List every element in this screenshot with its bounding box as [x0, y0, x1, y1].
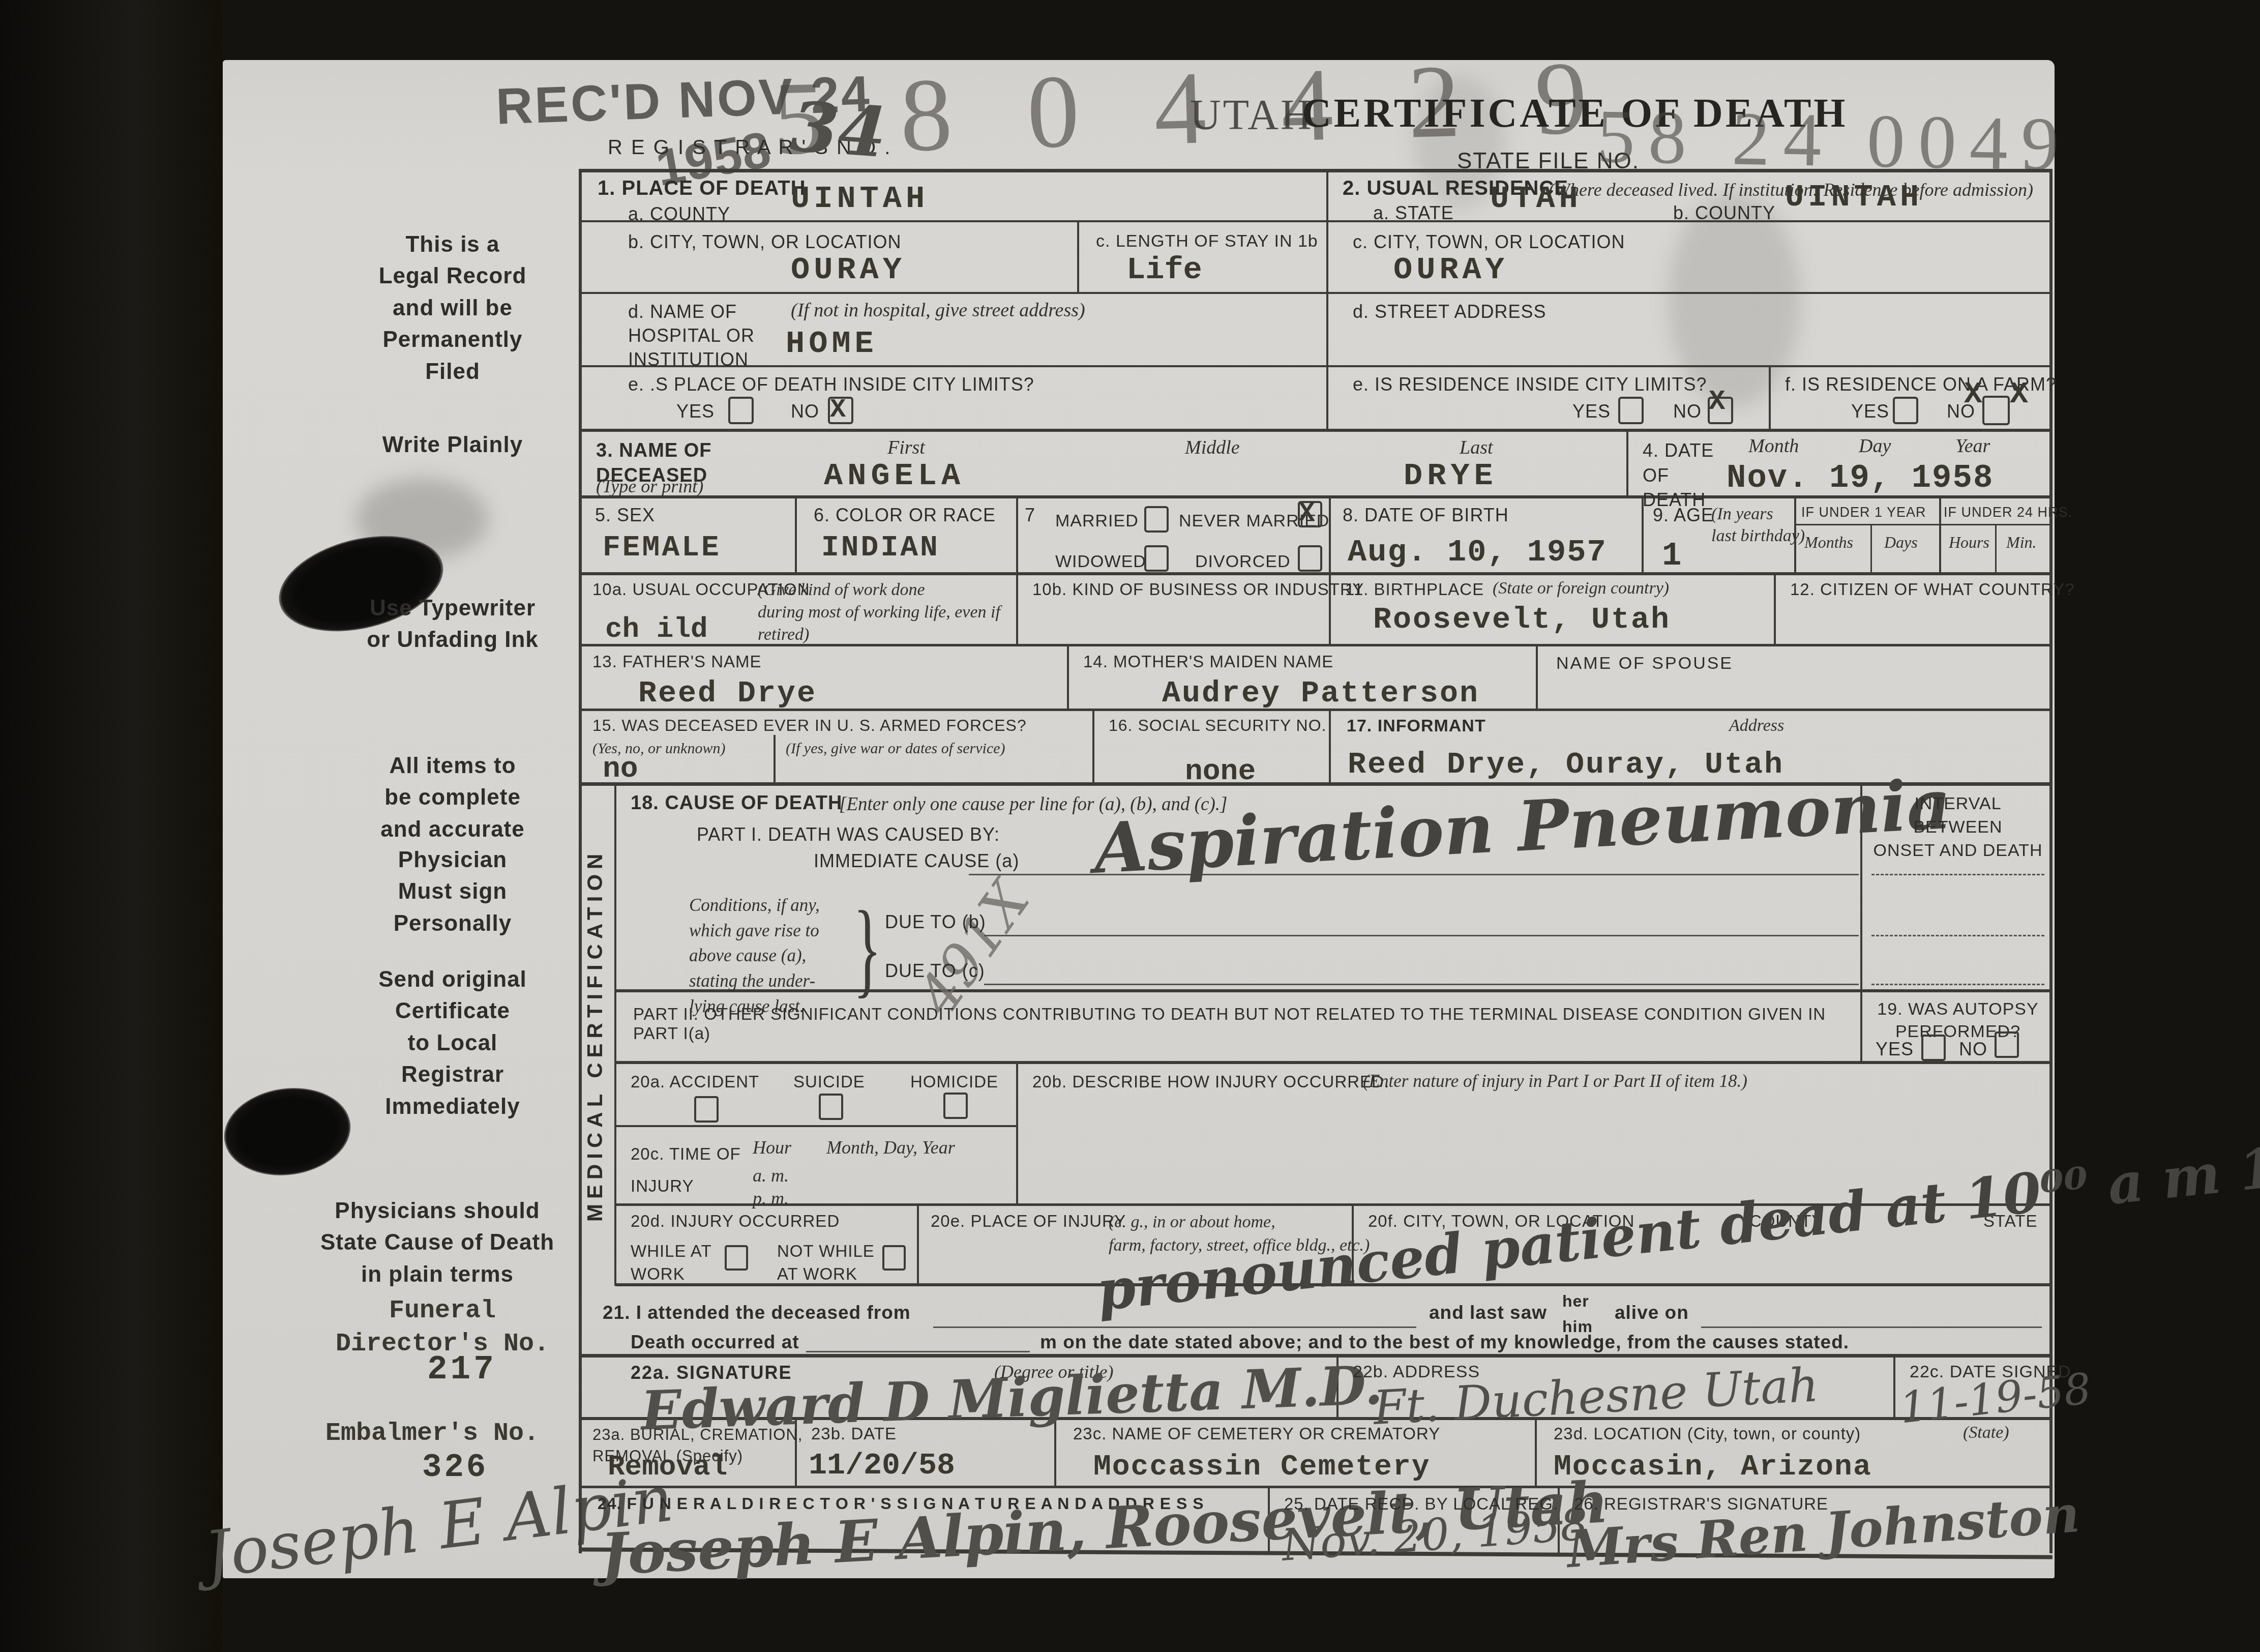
field-16-label: 16. SOCIAL SECURITY NO. — [1109, 716, 1326, 735]
field-1b-label: b. CITY, TOWN, OR LOCATION — [628, 231, 901, 253]
field-2f-no-checkmark-right: X — [2010, 377, 2028, 412]
margin-note-send-original: Send original Certificate to Local Regis… — [336, 964, 570, 1123]
field-20b-note: (Enter nature of injury in Part I or Par… — [1363, 1071, 1747, 1091]
field-20c-pm-label: p. m. — [753, 1188, 789, 1209]
interval-blank-c — [1871, 984, 2044, 985]
field-1d-note: (If not in hospital, give street address… — [791, 299, 1085, 321]
field-20d-label: 20d. INJURY OCCURRED — [631, 1212, 840, 1231]
blank-line-cause-b — [984, 935, 1859, 936]
field-20a-label: 20a. ACCIDENT — [631, 1072, 759, 1091]
field-9-under24-header: IF UNDER 24 HRS. — [1944, 505, 2072, 520]
grid-line — [580, 429, 2053, 432]
field-5-label: 5. SEX — [595, 505, 655, 526]
field-21-line1b: and last saw — [1429, 1302, 1547, 1323]
field-10a-note: (Give kind of work done during most of w… — [758, 579, 1043, 646]
field-15-value: no — [603, 753, 638, 786]
field-4-year-header: Year — [1955, 435, 1990, 457]
field-1c-label: c. LENGTH OF STAY IN 1b — [1096, 231, 1318, 251]
field-17-address-header: Address — [1729, 716, 1784, 735]
grid-line — [1626, 429, 1628, 497]
grid-line — [1016, 495, 1018, 574]
field-7-never-married-checkmark: X — [1299, 498, 1315, 528]
grid-line — [1995, 524, 1997, 574]
grid-line — [1774, 572, 1776, 646]
field-21-line1a: 21. I attended the deceased from — [603, 1302, 911, 1323]
field-9-min-header: Min. — [2006, 533, 2037, 552]
field-18-due-c-label: DUE TO (c) — [885, 960, 985, 982]
field-2e-no-label: NO — [1673, 401, 1702, 422]
grid-line — [1326, 169, 1328, 431]
field-2e-yes-label: YES — [1572, 401, 1611, 422]
field-2f-no-checkbox — [1982, 396, 2010, 425]
field-11-label: 11. BIRTHPLACE — [1345, 580, 1484, 599]
margin-note-write-plainly: Write Plainly — [325, 432, 580, 458]
grid-line — [774, 735, 776, 784]
field-18-due-b-label: DUE TO (b) — [885, 911, 986, 933]
field-3-first-value: ANGELA — [824, 458, 965, 494]
field-7-widowed-checkbox — [1144, 545, 1169, 572]
field-19-yes-label: YES — [1876, 1039, 1914, 1060]
field-15-label: 15. WAS DECEASED EVER IN U. S. ARMED FOR… — [592, 716, 1027, 735]
field-2b-label: b. COUNTY — [1673, 202, 1775, 224]
field-20e-label: 20e. PLACE OF INJURY — [931, 1212, 1126, 1231]
field-18-conditions-note: Conditions, if any, which gave rise to a… — [689, 893, 820, 1019]
field-20a-homicide-checkbox — [943, 1093, 968, 1119]
field-8-label: 8. DATE OF BIRTH — [1343, 505, 1509, 526]
grid-line — [795, 495, 797, 574]
field-13-value: Reed Drye — [638, 676, 817, 711]
medical-certification-strip-label: MEDICAL CERTIFICATION — [583, 786, 614, 1284]
grid-line — [1329, 709, 1331, 784]
field-9-value: 1 — [1662, 538, 1681, 575]
grid-line — [1794, 524, 2050, 525]
field-23a-value: Removal — [608, 1451, 727, 1483]
field-23c-label: 23c. NAME OF CEMETERY OR CREMATORY — [1073, 1424, 1440, 1443]
field-23b-label: 23b. DATE — [811, 1424, 897, 1443]
grid-line — [1329, 495, 1331, 574]
grid-line — [615, 1125, 1017, 1127]
field-18-title: 18. CAUSE OF DEATH — [631, 792, 842, 814]
field-19-no-checkbox — [1995, 1031, 2019, 1058]
field-20d-while-label: WHILE AT WORK — [631, 1240, 712, 1285]
grid-line — [1939, 495, 1941, 574]
field-1e-label: e. .S PLACE OF DEATH INSIDE CITY LIMITS? — [628, 374, 1034, 395]
field-7-married-checkbox — [1144, 506, 1169, 533]
grid-line — [615, 989, 2053, 992]
field-2c-label: c. CITY, TOWN, OR LOCATION — [1353, 231, 1625, 253]
field-7-widowed-label: WIDOWED — [1055, 552, 1146, 572]
conditions-brace: } — [853, 888, 881, 1010]
field-3-last-value: DRYE — [1404, 458, 1498, 494]
field-13-label: 13. FATHER'S NAME — [592, 652, 762, 671]
field-3-first-header: First — [887, 436, 925, 459]
field-11-note: (State or foreign country) — [1493, 579, 1669, 598]
interval-column-header: INTERVAL BETWEEN ONSET AND DEATH — [1871, 792, 2044, 863]
grid-line — [1893, 1354, 1895, 1420]
grid-line — [615, 1061, 2053, 1064]
field-15-note2: (If yes, give war or dates of service) — [786, 740, 1005, 757]
blank-line-attended-from — [933, 1326, 1416, 1328]
field-20a-accident-checkbox — [694, 1096, 719, 1123]
grid-line — [580, 220, 2053, 222]
field-20c-hour-header: Hour — [753, 1137, 791, 1158]
field-14-value: Audrey Patterson — [1162, 676, 1479, 711]
margin-note-physician-sign: Physician Must sign Personally — [336, 844, 570, 939]
field-9-days-header: Days — [1884, 533, 1918, 552]
field-9-label: 9. AGE — [1653, 505, 1714, 526]
blank-line-alive-on — [1701, 1326, 2042, 1328]
field-10a-value: ch ild — [605, 613, 708, 645]
field-4-label: 4. DATE OF DEATH — [1643, 438, 1714, 513]
field-1d-value: HOME — [786, 326, 878, 362]
field-2e-no-checkmark: X — [1709, 387, 1725, 418]
margin-note-legal-record: This is a Legal Record and will be Perma… — [325, 229, 580, 388]
field-2b-value: UINTAH — [1785, 179, 1923, 215]
field-21-line1c: alive on — [1615, 1302, 1689, 1323]
field-1e-no-checkmark: X — [830, 395, 846, 425]
field-2e-yes-checkbox — [1618, 397, 1644, 424]
field-6-value: INDIAN — [821, 532, 940, 565]
field-1e-no-label: NO — [791, 401, 819, 422]
state-file-value: 58 24 0049 — [1596, 93, 2073, 188]
field-20d-not-while-checkbox — [882, 1245, 906, 1271]
field-9-hours-header: Hours — [1949, 533, 1989, 552]
interval-blank-a — [1871, 874, 2044, 875]
field-2f-no-checkmark-left: X — [1964, 377, 1982, 412]
grid-line — [580, 169, 2053, 172]
field-20a-suicide-label: SUICIDE — [793, 1072, 865, 1091]
field-20c-am-label: a. m. — [753, 1165, 789, 1186]
field-19-yes-checkbox — [1921, 1035, 1946, 1061]
field-20d-while-checkbox — [725, 1245, 748, 1271]
field-16-value: none — [1185, 755, 1256, 788]
field-9-under1yr-header: IF UNDER 1 YEAR — [1801, 505, 1926, 520]
blank-line-cause-c — [984, 984, 1859, 985]
title-utah: UTAH — [1190, 91, 1314, 140]
field-1e-yes-label: YES — [676, 401, 715, 422]
field-20a-suicide-checkbox — [819, 1094, 843, 1120]
field-1b-value: OURAY — [791, 252, 906, 288]
field-7-divorced-label: DIVORCED — [1195, 552, 1290, 572]
field-20c-label: 20c. TIME OF INJURY — [631, 1138, 741, 1202]
field-17-label: 17. INFORMANT — [1347, 716, 1486, 736]
field-10b-label: 10b. KIND OF BUSINESS OR INDUSTRY — [1032, 580, 1364, 599]
field-9-note: (In years last birthday) — [1711, 504, 1805, 547]
field-20a-homicide-label: HOMICIDE — [910, 1072, 998, 1091]
field-7-married-label: MARRIED — [1055, 511, 1139, 531]
field-20b-label: 20b. DESCRIBE HOW INJURY OCCURRED. — [1032, 1072, 1389, 1091]
grid-line — [580, 572, 2053, 575]
field-18-part2-label: PART II. OTHER SIGNIFICANT CONDITIONS CO… — [633, 1005, 1843, 1043]
funeral-directors-no-value: 217 — [427, 1350, 497, 1389]
field-7-number: 7 — [1025, 505, 1035, 526]
margin-note-plain-terms: Physicians should State Cause of Death i… — [285, 1195, 590, 1290]
field-20c-mdy-header: Month, Day, Year — [826, 1137, 955, 1158]
grid-line — [1016, 1061, 1018, 1206]
field-6-label: 6. COLOR OR RACE — [814, 505, 996, 526]
field-8-value: Aug. 10, 1957 — [1348, 534, 1607, 570]
field-14-label: 14. MOTHER'S MAIDEN NAME — [1083, 652, 1333, 671]
field-5-value: FEMALE — [603, 532, 721, 565]
field-1a-value: UINTAH — [791, 181, 929, 217]
field-1e-yes-checkbox — [728, 397, 754, 424]
field-1c-value: Life — [1126, 252, 1202, 288]
grid-line — [1536, 644, 1538, 711]
field-2a-value: UTAH — [1490, 181, 1582, 217]
field-spouse-label: NAME OF SPOUSE — [1556, 654, 1733, 673]
field-7-divorced-checkbox — [1298, 545, 1322, 572]
grid-line — [1769, 365, 1771, 431]
field-18-immediate-cause-label: IMMEDIATE CAUSE (a) — [814, 850, 1019, 872]
field-21-line2b: m on the date stated above; and to the b… — [1040, 1332, 1849, 1353]
field-23c-value: Moccassin Cemetery — [1093, 1451, 1431, 1484]
field-3-middle-header: Middle — [1185, 436, 1240, 459]
field-12-label: 12. CITIZEN OF WHAT COUNTRY? — [1790, 580, 2075, 599]
blank-line-death-time — [806, 1351, 1030, 1352]
field-1a-label: a. COUNTY — [628, 203, 730, 225]
grid-line — [580, 292, 2053, 294]
scanned-death-certificate: REC'D NOV 24 1958 5 8 0 4 4 2 9 R E G I … — [0, 0, 2260, 1652]
margin-note-complete: All items to be complete and accurate — [325, 750, 580, 845]
grid-line — [1870, 524, 1872, 574]
field-2d-label: d. STREET ADDRESS — [1353, 301, 1546, 322]
field-4-value: Nov. 19, 1958 — [1727, 460, 1994, 497]
field-2f-yes-checkbox — [1893, 397, 1918, 424]
grid-line — [1077, 220, 1079, 294]
grid-line — [614, 782, 616, 1286]
grid-line — [579, 169, 582, 1553]
field-20d-not-while-label: NOT WHILE AT WORK — [777, 1240, 875, 1285]
field-11-value: Roosevelt, Utah — [1373, 603, 1671, 637]
field-1-title: 1. PLACE OF DEATH — [598, 177, 806, 200]
field-23d-state-note: (State) — [1963, 1423, 2009, 1442]
field-18-part1-label: PART I. DEATH WAS CAUSED BY: — [697, 824, 1000, 845]
embalmers-no-label: Embalmer's No. — [325, 1419, 539, 1448]
field-3-note: (Type or print) — [596, 476, 703, 497]
field-4-day-header: Day — [1859, 435, 1891, 457]
field-23d-label: 23d. LOCATION (City, town, or county) — [1554, 1424, 1861, 1443]
field-2e-label: e. IS RESIDENCE INSIDE CITY LIMITS? — [1353, 374, 1707, 395]
field-2c-value: OURAY — [1393, 252, 1508, 288]
field-9-months-header: Months — [1804, 533, 1853, 552]
field-4-month-header: Month — [1748, 435, 1799, 457]
registrars-no-value: 34 — [788, 86, 889, 173]
field-3-last-header: Last — [1460, 436, 1493, 459]
grid-line — [1067, 644, 1069, 711]
margin-note-typewriter: Use Typewriter or Unfading Ink — [315, 593, 590, 656]
grid-line — [1092, 709, 1094, 784]
field-21-line2a: Death occurred at — [631, 1332, 799, 1353]
embalmers-no-value: 326 — [422, 1450, 488, 1486]
field-2a-label: a. STATE — [1373, 202, 1454, 224]
field-2f-yes-label: YES — [1851, 401, 1889, 422]
field-23b-value: 11/20/58 — [809, 1449, 955, 1483]
field-1d-label: d. NAME OF HOSPITAL OR INSTITUTION — [628, 300, 755, 371]
grid-line — [917, 1203, 919, 1286]
grid-line — [580, 365, 2053, 367]
field-21-her: her — [1562, 1292, 1589, 1311]
field-19-no-label: NO — [1959, 1039, 1987, 1060]
interval-blank-b — [1871, 935, 2044, 936]
